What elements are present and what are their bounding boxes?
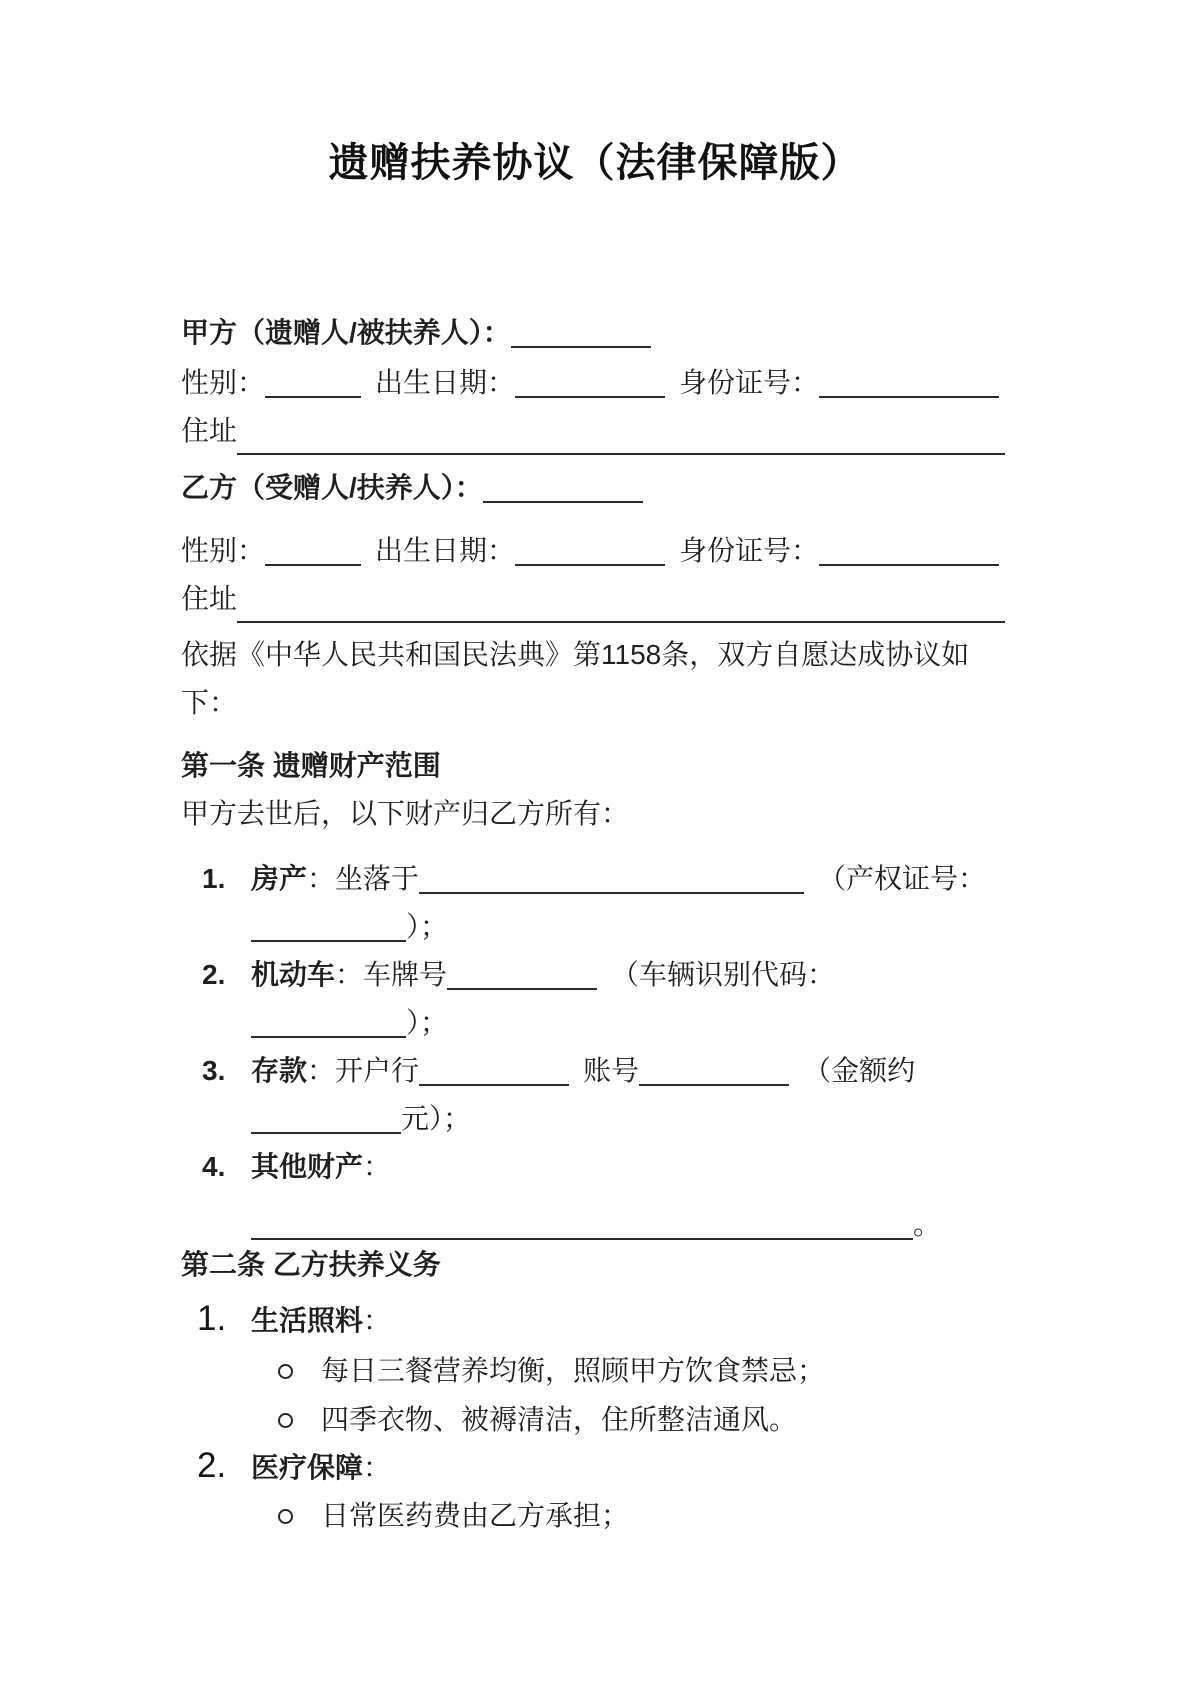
party-a-name-blank	[511, 316, 651, 348]
article-1-item-1: 1. 房产：坐落于（产权证号： ）；	[181, 855, 1005, 951]
item-2-vin-blank	[251, 1006, 406, 1038]
item-4-line-1: 其他财产：	[251, 1143, 1005, 1191]
a2-item-2-line: 医疗保障：	[251, 1444, 391, 1492]
a2-item-1-bullet-1: 每日三餐营养均衡，照顾甲方饮食禁忌；	[181, 1347, 1005, 1395]
party-a-id-blank	[819, 366, 999, 398]
circle-bullet-icon	[278, 1413, 293, 1428]
party-a-address-row: 住址	[181, 407, 1005, 455]
article-1-item-4: 4. 其他财产： 。	[181, 1143, 1005, 1249]
party-b-id-blank	[819, 534, 999, 566]
party-b-birth-blank	[515, 534, 665, 566]
a2-item-1-bullet-2: 四季衣物、被褥清洁，住所整洁通风。	[181, 1396, 1005, 1444]
item-1-pre-text: 坐落于	[335, 863, 419, 894]
item-3-line-1: 存款：开户行账号（金额约	[251, 1047, 1005, 1095]
preamble-line-2: 下：	[181, 679, 1005, 727]
party-a-gender-blank	[265, 366, 361, 398]
circle-bullet-icon	[278, 1509, 293, 1524]
document-page: 遗赠扶养协议（法律保障版） 甲方（遗赠人/被扶养人）： 性别：出生日期：身份证号…	[0, 0, 1190, 1684]
party-b-birth-label: 出生日期：	[375, 535, 515, 566]
party-b-gender-label: 性别：	[181, 535, 265, 566]
item-3-label: 存款	[251, 1055, 307, 1086]
item-1-colon: ：	[307, 863, 335, 894]
party-a-address-blank	[237, 409, 1005, 455]
party-b-row: 乙方（受赠人/扶养人）：	[181, 464, 1005, 512]
item-3-account-label: 账号	[583, 1055, 639, 1086]
item-1-mid-text: （产权证号：	[818, 863, 986, 894]
party-b-address-label: 住址	[181, 575, 237, 623]
a2-item-1-label: 生活照料	[251, 1305, 363, 1336]
item-2-line-2: ）；	[251, 999, 1005, 1047]
article-2-item-1: 1. 生活照料：	[181, 1297, 1005, 1345]
party-a-label: 甲方（遗赠人/被扶养人）：	[181, 317, 511, 348]
party-a-gender-label: 性别：	[181, 367, 265, 398]
a2-item-1-colon: ：	[363, 1305, 391, 1336]
document-body: 甲方（遗赠人/被扶养人）： 性别：出生日期：身份证号： 住址 乙方（受赠人/扶养…	[0, 309, 1190, 1540]
party-b-name-blank	[483, 471, 643, 503]
item-2-pre-text: 车牌号	[363, 959, 447, 990]
item-2-line-1: 机动车：车牌号（车辆识别代码：	[251, 951, 1005, 999]
item-1-label: 房产	[251, 863, 307, 894]
a2-item-1-line: 生活照料：	[251, 1297, 391, 1345]
preamble-line-1: 依据《中华人民共和国民法典》第1158条，双方自愿达成协议如	[181, 631, 1005, 679]
item-3-unit-text: 元	[401, 1103, 429, 1134]
item-3-number: 3.	[202, 1047, 251, 1143]
a2-item-1-bullet-1-text: 每日三餐营养均衡，照顾甲方饮食禁忌；	[321, 1347, 825, 1395]
party-a-id-label: 身份证号：	[679, 367, 819, 398]
item-3-colon: ：	[307, 1055, 335, 1086]
circle-bullet-icon	[278, 1364, 293, 1379]
a2-item-2-bullet-1-text: 日常医药费由乙方承担；	[321, 1492, 629, 1540]
a2-item-2-label: 医疗保障	[251, 1452, 363, 1483]
a2-item-1-number: 1.	[197, 1299, 251, 1339]
item-3-amount-blank	[251, 1102, 401, 1134]
item-1-location-blank	[419, 862, 804, 894]
item-2-number: 2.	[202, 951, 251, 1047]
item-1-number: 1.	[202, 855, 251, 951]
item-2-label: 机动车	[251, 959, 335, 990]
document-title: 遗赠扶养协议（法律保障版）	[0, 0, 1190, 193]
party-a-address-label: 住址	[181, 407, 237, 455]
a2-item-2-bullet-1: 日常医药费由乙方承担；	[181, 1492, 1005, 1540]
item-3-line-2: 元）；	[251, 1095, 1005, 1143]
party-a-birth-blank	[515, 366, 665, 398]
item-4-colon: ：	[363, 1151, 391, 1182]
item-4-tail-text: 。	[913, 1209, 941, 1240]
item-3-amount-label: （金额约	[803, 1055, 915, 1086]
party-a-birth-label: 出生日期：	[375, 367, 515, 398]
a2-item-1-bullet-2-text: 四季衣物、被褥清洁，住所整洁通风。	[321, 1396, 797, 1444]
article-1-item-3: 3. 存款：开户行账号（金额约 元）；	[181, 1047, 1005, 1143]
party-a-row: 甲方（遗赠人/被扶养人）：	[181, 309, 1005, 357]
item-2-tail-text: ）；	[406, 1007, 448, 1038]
a2-item-2-colon: ：	[363, 1452, 391, 1483]
party-b-id-label: 身份证号：	[679, 535, 819, 566]
a2-item-2-number: 2.	[197, 1446, 251, 1486]
party-b-details-row: 性别：出生日期：身份证号：	[181, 527, 1005, 575]
item-1-line-2: ）；	[251, 903, 1005, 951]
article-1-intro: 甲方去世后，以下财产归乙方所有：	[181, 790, 1005, 838]
article-1-item-2: 2. 机动车：车牌号（车辆识别代码： ）；	[181, 951, 1005, 1047]
item-3-account-blank	[639, 1054, 789, 1086]
party-b-address-row: 住址	[181, 575, 1005, 623]
item-4-number: 4.	[202, 1143, 251, 1249]
party-a-details-row: 性别：出生日期：身份证号：	[181, 359, 1005, 407]
item-1-tail-text: ）；	[406, 911, 448, 942]
article-2-item-2: 2. 医疗保障：	[181, 1444, 1005, 1492]
item-1-cert-blank	[251, 910, 406, 942]
party-b-label: 乙方（受赠人/扶养人）：	[181, 472, 483, 503]
item-1-line-1: 房产：坐落于（产权证号：	[251, 855, 1005, 903]
item-3-bank-blank	[419, 1054, 569, 1086]
item-3-tail-text: ）；	[429, 1103, 471, 1134]
article-1-heading: 第一条 遗赠财产范围	[181, 742, 1005, 790]
party-b-gender-blank	[265, 534, 361, 566]
item-4-other-blank	[251, 1208, 913, 1240]
party-b-address-blank	[237, 577, 1005, 623]
item-4-label: 其他财产	[251, 1151, 363, 1182]
item-3-bank-label: 开户行	[335, 1055, 419, 1086]
item-2-colon: ：	[335, 959, 363, 990]
item-2-mid-text: （车辆识别代码：	[611, 959, 835, 990]
item-2-plate-blank	[447, 958, 597, 990]
